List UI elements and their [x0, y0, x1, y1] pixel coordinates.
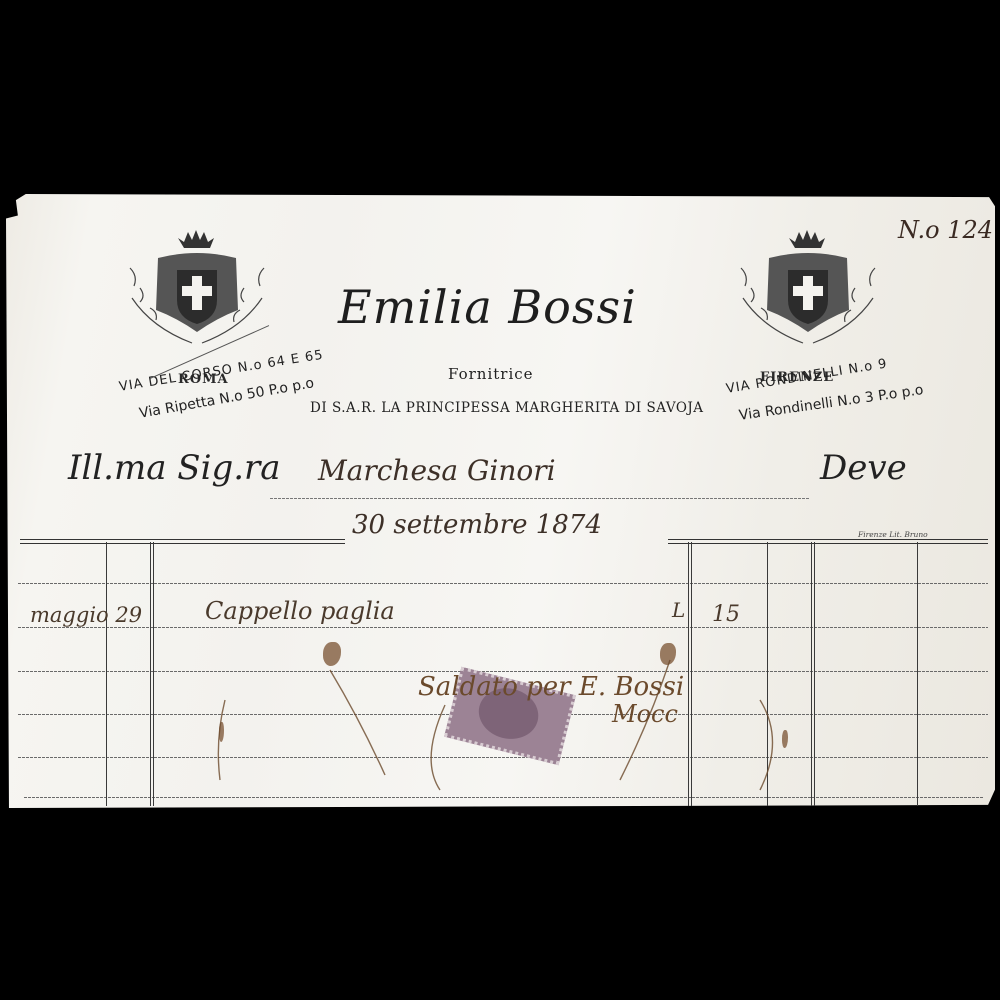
savoy-crest-icon [733, 228, 883, 348]
row-rule [18, 583, 988, 584]
column-rule [150, 542, 151, 806]
row-rule [18, 627, 988, 628]
invoice-number: N.o 124 [898, 216, 993, 244]
signature-flourish-icon [200, 640, 800, 800]
table-header-rule [668, 539, 988, 544]
merchant-title: Fornitrice [448, 365, 534, 383]
line-item-description: Cappello paglia [205, 597, 395, 625]
column-rule [917, 542, 918, 806]
column-rule [153, 542, 154, 806]
column-rule [106, 542, 107, 806]
column-rule [814, 542, 815, 806]
recipient-rule [270, 498, 810, 499]
savoy-crest-icon [122, 228, 272, 348]
invoice-date: 30 settembre 1874 [352, 510, 602, 540]
line-item-date: maggio 29 [30, 603, 142, 627]
merchant-name: Emilia Bossi [338, 280, 637, 334]
table-header-rule [20, 539, 345, 544]
salutation-prefix: Ill.ma Sig.ra [68, 448, 281, 488]
line-item-amount: 15 [712, 602, 740, 627]
printer-credit: Firenze Lit. Bruno [858, 530, 928, 539]
column-rule [811, 542, 812, 806]
debit-label: Deve [820, 448, 907, 488]
royal-appointment: DI S.A.R. LA PRINCIPESSA MARGHERITA DI S… [310, 400, 704, 416]
recipient-name: Marchesa Ginori [318, 454, 556, 487]
line-item-currency: L [672, 598, 685, 622]
